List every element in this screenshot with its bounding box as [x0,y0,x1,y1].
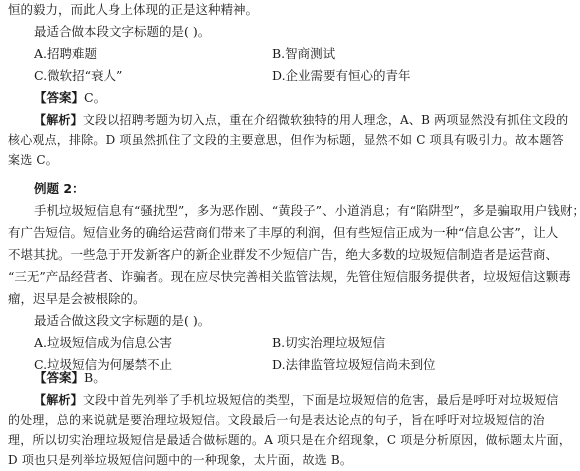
analysis-2-line-1: 【解析】文段中首先列举了手机垃圾短信的类型，下面是垃圾短信的危害，最后是呼吁对垃… [34,392,559,408]
passage-2-line-1: 手机垃圾短信息有“骚扰型”，多为恶作剧、“黄段子”、小道消息；有“陷阱型”，多是… [34,203,580,219]
answer-value: B。 [84,370,106,385]
analysis-tag: 【解析】 [34,113,83,127]
answer-tag: 【答案】 [34,370,84,385]
analysis-text: 文段以招聘考题为切入点，重在介绍微软独特的用人理念，A、B 两项显然没有抓住文段… [83,113,569,127]
answer-1: 【答案】C。 [34,90,106,106]
option-2b: B.切实治理垃圾短信 [272,335,385,351]
option-1b: B.智商测试 [272,46,335,62]
option-1d: D.企业需要有恒心的青年 [272,68,411,84]
passage-2-line-2: 有广告短信。短信业务的确给运营商们带来了丰厚的利润，但有些短信正成为一种“信息公… [8,225,574,241]
analysis-1-line-2: 核心观点，排除。D 项虽然抓住了文段的主要意思，但作为标题，显然不如 C 项具有… [8,132,574,148]
analysis-text: 文段中首先列举了手机垃圾短信的类型，下面是垃圾短信的危害，最后是呼吁对垃圾短信 [83,393,559,407]
option-2a: A.垃圾短信成为信息公害 [34,335,172,351]
answer-value: C。 [84,90,106,105]
answer-2: 【答案】B。 [34,370,106,386]
option-1c: C.微软招“衰人” [34,68,122,84]
answer-tag: 【答案】 [34,90,84,105]
example-heading: 例题 2： [34,181,85,197]
analysis-tag: 【解析】 [34,393,83,407]
analysis-2-line-3: 理，所以切实治理垃圾短信是最适合做标题的。A 项只是在介绍现象，C 项是分析原因… [8,432,574,448]
question-1: 最适合做本段文字标题的是( )。 [34,24,210,40]
passage-2-line-5: 瘤，迟早是会被根除的。 [8,291,574,307]
analysis-1-line-3: 案选 C。 [8,152,574,168]
passage-2-line-3: 不堪其扰。一些急于开发新客户的新企业群发不少短信广告，绝大多数的垃圾短信制造者是… [8,247,574,263]
analysis-2-line-4: D 项也只是列举垃圾短信问题中的一种现象，太片面，故选 B。 [8,452,574,468]
analysis-2-line-2: 的处理，总的来说就是要治理垃圾短信。文段最后一句是表达论点的句子，旨在呼吁对垃圾… [8,412,574,428]
question-2: 最适合做这段文字标题的是( )。 [34,313,210,329]
passage-2-line-4: “三无”产品经营者、诈骗者。现在应尽快完善相关监管法规，先管住短信服务提供者，垃… [8,269,574,285]
option-1a: A.招聘难题 [34,46,97,62]
option-2d: D.法律监管垃圾短信尚未到位 [272,357,436,373]
analysis-1-line-1: 【解析】文段以招聘考题为切入点，重在介绍微软独特的用人理念，A、B 两项显然没有… [34,112,568,128]
passage-tail: 恒的毅力，而此人身上体现的正是这种精神。 [8,2,574,18]
